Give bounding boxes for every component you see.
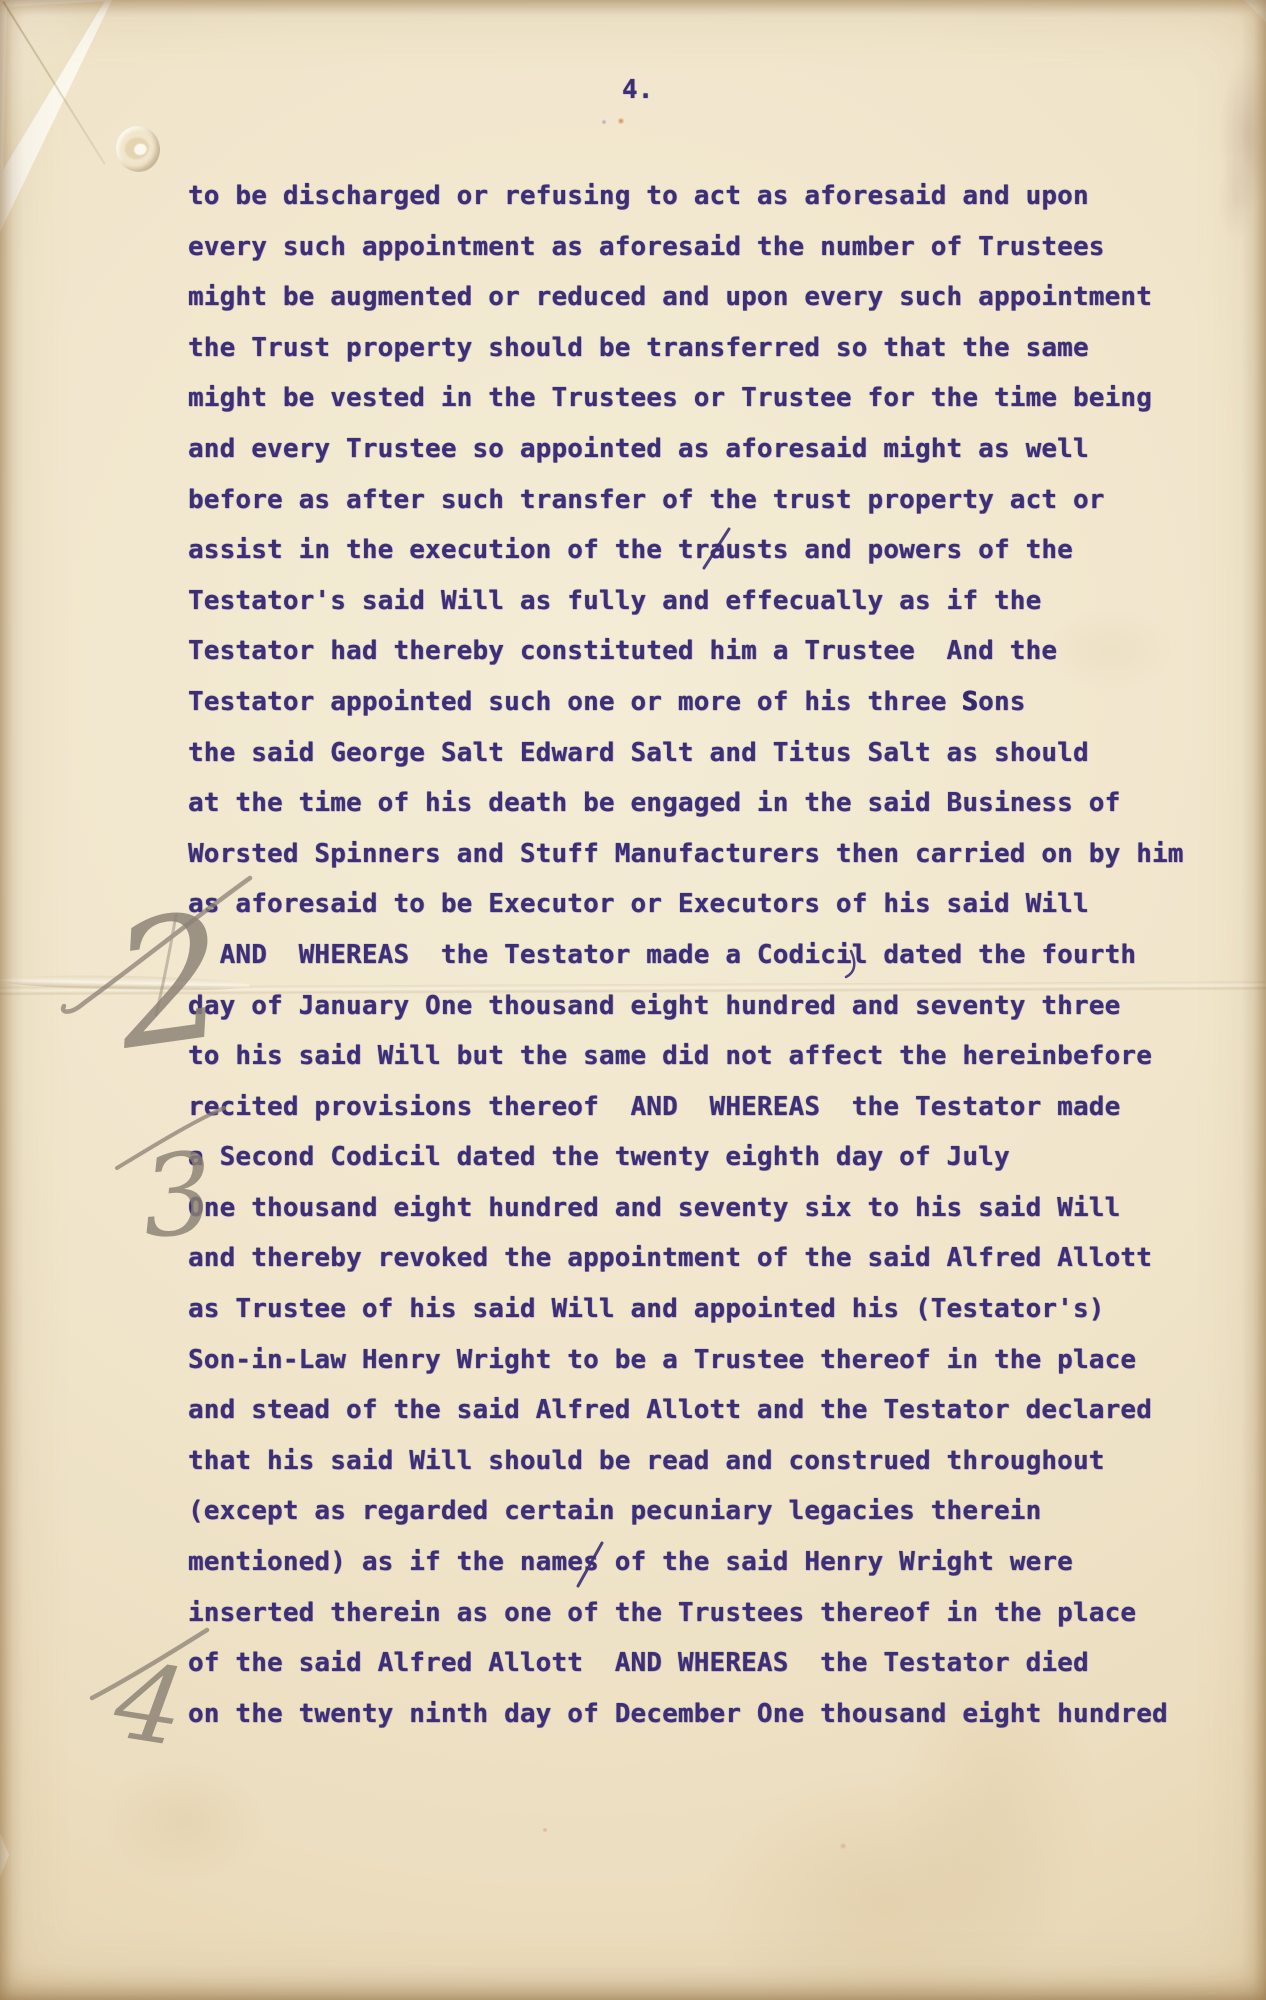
overstruck-letter-s: S (962, 689, 978, 715)
paper-hole (111, 121, 165, 177)
pencil-margin-number-3: 3 (137, 1137, 218, 1255)
clipped-top-right-corner (1240, 0, 1266, 26)
document-page: 4. to be discharged or refusing to act a… (0, 0, 1266, 2000)
typewritten-body-text: to be discharged or refusing to act as a… (188, 171, 1184, 1739)
left-edge-nick (0, 1833, 10, 1877)
page-number: 4. (622, 77, 654, 103)
pencil-margin-number-4: 4 (108, 1647, 191, 1762)
